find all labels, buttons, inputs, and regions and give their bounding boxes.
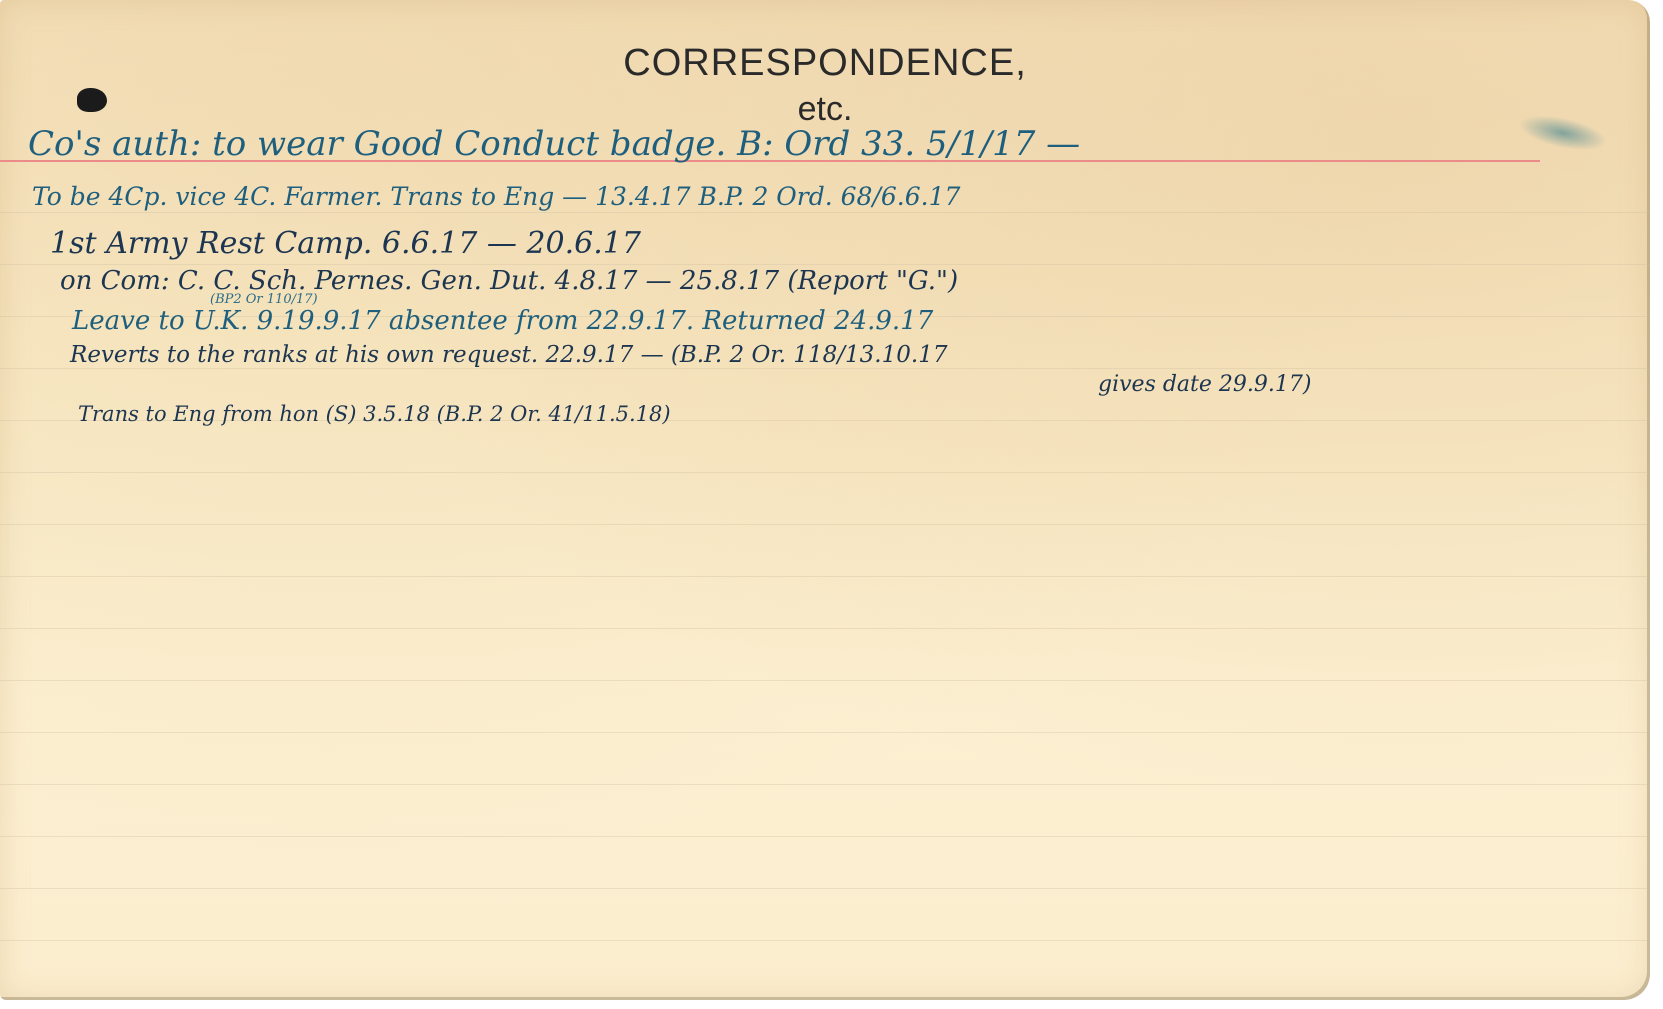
ruled-line <box>0 524 1650 525</box>
entry-leave: Leave to U.K. 9.19.9.17 absentee from 22… <box>72 306 933 336</box>
ruled-line <box>0 784 1650 785</box>
ruled-line <box>0 680 1650 681</box>
entry-transfer: Trans to Eng from hon (S) 3.5.18 (B.P. 2… <box>78 402 671 426</box>
entry-reverts-continued: gives date 29.9.17) <box>1098 372 1311 397</box>
entry-reverts: Reverts to the ranks at his own request.… <box>70 342 947 368</box>
entry-rest-camp: 1st Army Rest Camp. 6.6.17 — 20.6.17 <box>50 226 641 261</box>
ruled-line <box>0 888 1650 889</box>
annotation-bp2: (BP2 Or 110/17) <box>210 292 318 307</box>
ruled-line <box>0 212 1650 213</box>
ruled-line <box>0 472 1650 473</box>
entry-course: on Com: C. C. Sch. Pernes. Gen. Dut. 4.8… <box>60 266 958 296</box>
ruled-line <box>0 576 1650 577</box>
entry-promotion: To be 4Cp. vice 4C. Farmer. Trans to Eng… <box>32 182 960 211</box>
ruled-line <box>0 628 1650 629</box>
ruled-line <box>0 732 1650 733</box>
ruled-line <box>0 836 1650 837</box>
ruled-line <box>0 264 1650 265</box>
record-card: CORRESPONDENCE, etc. Co's auth: to wear … <box>0 0 1650 1000</box>
ruled-line <box>0 368 1650 369</box>
card-heading: CORRESPONDENCE, <box>0 42 1650 85</box>
ruled-line <box>0 940 1650 941</box>
entry-good-conduct: Co's auth: to wear Good Conduct badge. B… <box>28 124 1080 164</box>
